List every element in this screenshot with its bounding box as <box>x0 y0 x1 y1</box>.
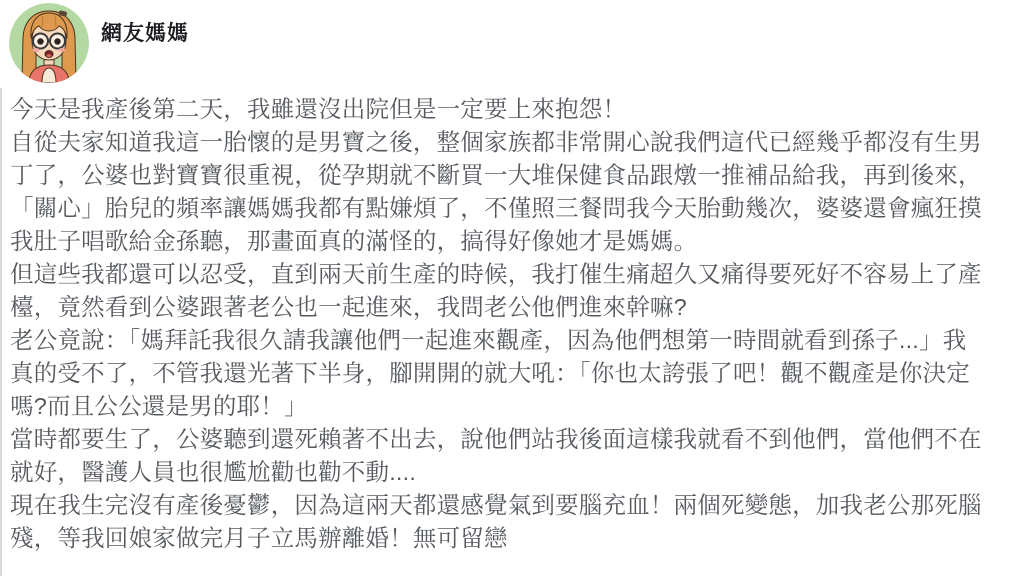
post-line: 真的受不了，不管我還光著下半身，腳開開的就大吼：「你也太誇張了吧！觀不觀產是你決… <box>10 357 1016 390</box>
post-line: 檯，竟然看到公婆跟著老公也一起進來，我問老公他們進來幹嘛? <box>10 291 1016 324</box>
post-header: 網友媽媽 <box>9 3 189 83</box>
post-line: 老公竟說：「媽拜託我很久請我讓他們一起進來觀產，因為他們想第一時間就看到孫子..… <box>10 324 1016 357</box>
username[interactable]: 網友媽媽 <box>101 17 189 47</box>
left-edge-line <box>0 88 2 576</box>
avatar[interactable] <box>9 3 89 83</box>
post-line: 就好，醫護人員也很尷尬勸也勸不動.... <box>10 456 1016 489</box>
mom-avatar-icon <box>9 3 89 83</box>
post-page: 網友媽媽 今天是我產後第二天，我雖還沒出院但是一定要上來抱怨！自從夫家知道我這一… <box>0 0 1024 576</box>
post-line: 「關心」胎兒的頻率讓媽媽我都有點嫌煩了，不僅照三餐問我今天胎動幾次，婆婆還會瘋狂… <box>10 192 1016 225</box>
post-line: 自從夫家知道我這一胎懷的是男寶之後，整個家族都非常開心說我們這代已經幾乎都沒有生… <box>10 126 1016 159</box>
post-line: 今天是我產後第二天，我雖還沒出院但是一定要上來抱怨！ <box>10 93 1016 126</box>
post-line: 我肚子唱歌給金孫聽，那畫面真的滿怪的，搞得好像她才是媽媽。 <box>10 225 1016 258</box>
post-line: 現在我生完沒有產後憂鬱，因為這兩天都還感覺氣到要腦充血！兩個死變態，加我老公那死… <box>10 489 1016 522</box>
post-line: 但這些我都還可以忍受，直到兩天前生產的時候，我打催生痛超久又痛得要死好不容易上了… <box>10 258 1016 291</box>
post-line: 丁了，公婆也對寶寶很重視，從孕期就不斷買一大堆保健食品跟燉一推補品給我，再到後來… <box>10 159 1016 192</box>
post-line: 殘，等我回娘家做完月子立馬辦離婚！無可留戀 <box>10 522 1016 555</box>
post-body: 今天是我產後第二天，我雖還沒出院但是一定要上來抱怨！自從夫家知道我這一胎懷的是男… <box>10 93 1016 555</box>
post-line: 當時都要生了，公婆聽到還死賴著不出去，說他們站我後面這樣我就看不到他們，當他們不… <box>10 423 1016 456</box>
post-line: 嗎?而且公公還是男的耶！」 <box>10 390 1016 423</box>
